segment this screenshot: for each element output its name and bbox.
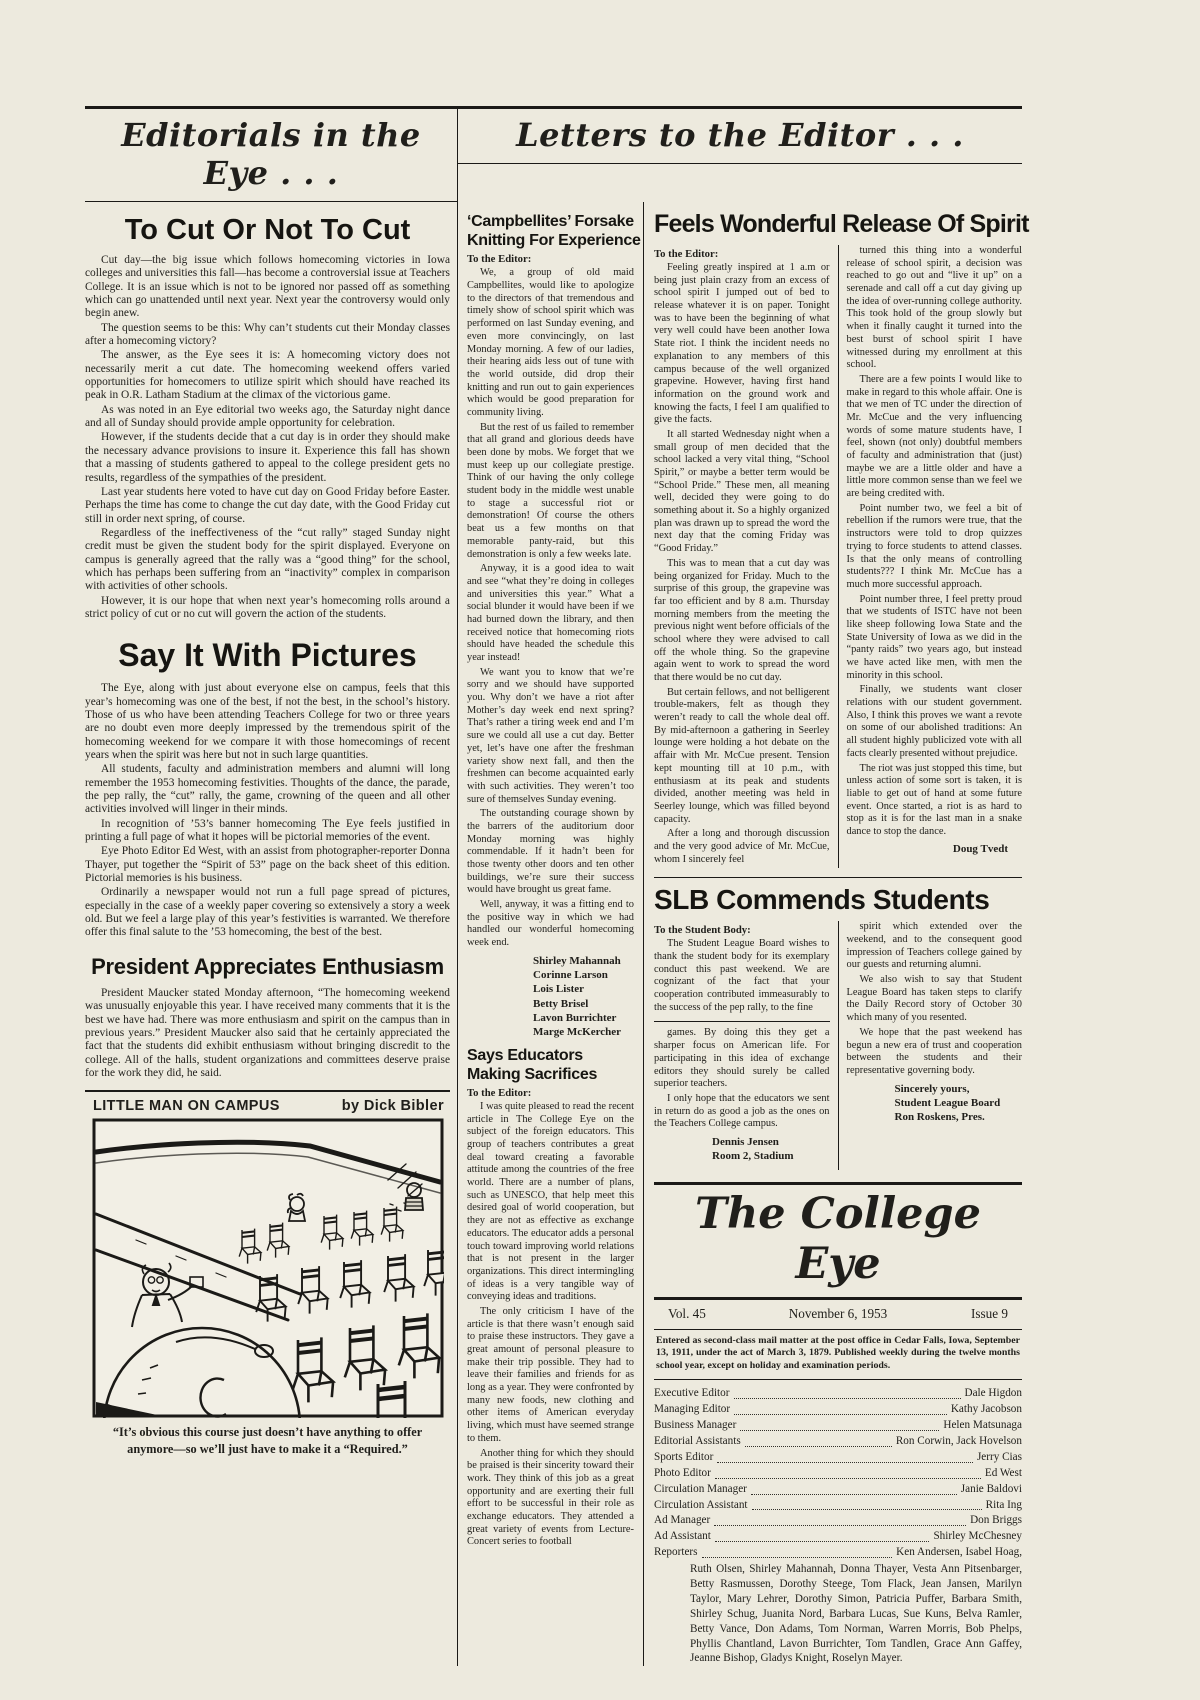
paragraph: Betty Brisel	[533, 997, 634, 1011]
paragraph: The only criticism I have of the article…	[467, 1306, 634, 1446]
cartoon-title: LITTLE MAN ON CAMPUS	[93, 1098, 280, 1114]
staff-role: Photo Editor	[654, 1466, 711, 1482]
letter-body-educators: I was quite pleased to read the recent a…	[467, 1101, 634, 1549]
staff-names: Don Briggs	[970, 1513, 1022, 1529]
paragraph: The riot was just stopped this time, but…	[847, 763, 1023, 839]
paragraph: We also wish to say that Student League …	[847, 974, 1023, 1025]
staff-row: Sports EditorJerry Cias	[654, 1450, 1022, 1466]
slb-subcol-1: To the Student Body: The Student League …	[654, 921, 838, 1169]
letter-title-campbellites: ‘Campbellites’ Forsake Knitting For Expe…	[467, 212, 634, 250]
staff-row: Editorial AssistantsRon Corwin, Jack Hov…	[654, 1434, 1022, 1450]
signature: Room 2, Stadium	[712, 1149, 830, 1163]
paragraph: I only hope that the educators we sent i…	[654, 1093, 830, 1131]
letter-closing: Sincerely yours,Student League BoardRon …	[847, 1082, 1023, 1125]
paragraph: turned this thing into a wonderful relea…	[847, 245, 1023, 372]
staff-role: Circulation Assistant	[654, 1498, 748, 1514]
staff-names: Jerry Cias	[977, 1450, 1022, 1466]
volume-label: Vol. 45	[668, 1306, 781, 1322]
letter-title-slb: SLB Commends Students	[654, 884, 1022, 916]
staff-names: Kathy Jacobson	[951, 1402, 1022, 1418]
staff-row: Ad ManagerDon Briggs	[654, 1513, 1022, 1529]
dot-leader	[734, 1398, 961, 1399]
issue-number: Issue 9	[895, 1306, 1008, 1322]
salutation: To the Student Body:	[654, 924, 830, 936]
reporters-continued: Ruth Olsen, Shirley Mahannah, Donna Thay…	[690, 1562, 1022, 1666]
article-title-president: President Appreciates Enthusiasm	[85, 954, 450, 980]
staff-names: Ron Corwin, Jack Hovelson	[896, 1434, 1022, 1450]
paragraph: However, it is our hope that when next y…	[85, 595, 450, 622]
editorials-header-band: Editorials in the Eye . . .	[85, 106, 457, 202]
editorials-header: Editorials in the Eye . . .	[85, 109, 457, 201]
letter-title-spirit: Feels Wonderful Release Of Spirit	[654, 210, 1022, 239]
paragraph: Sincerely yours,	[895, 1082, 1023, 1096]
rule	[458, 163, 1022, 164]
dot-leader	[752, 1509, 982, 1510]
cartoon-byline: by Dick Bibler	[342, 1098, 444, 1114]
spirit-subcol-1: To the Editor: Feeling greatly inspired …	[654, 245, 838, 868]
letters-header-band: Letters to the Editor . . .	[457, 106, 1022, 202]
paragraph: Cut day—the big issue which follows home…	[85, 254, 450, 321]
staff-names: Ken Andersen, Isabel Hoag,	[896, 1545, 1022, 1561]
paragraph: Another thing for which they should be p…	[467, 1448, 634, 1550]
dot-leader	[740, 1430, 939, 1431]
title-line: Says Educators	[467, 1046, 634, 1065]
paragraph: The outstanding courage shown by the bar…	[467, 808, 634, 897]
paragraph: We hope that the past weekend has begun …	[847, 1027, 1023, 1078]
paragraph: After a long and thorough discussion and…	[654, 828, 830, 866]
letters-header: Letters to the Editor . . .	[458, 109, 1022, 163]
paragraph: Eye Photo Editor Ed West, with an assist…	[85, 845, 450, 885]
dot-leader	[734, 1414, 947, 1415]
paragraph: games. By doing this they get a sharper …	[654, 1027, 830, 1090]
volume-row: Vol. 45 November 6, 1953 Issue 9	[654, 1300, 1022, 1329]
paragraph: This was to mean that a cut day was bein…	[654, 558, 830, 685]
letters-middle-column: ‘Campbellites’ Forsake Knitting For Expe…	[457, 202, 644, 1666]
paragraph: Point number three, I feel pretty proud …	[847, 594, 1023, 683]
article-title-to-cut: To Cut Or Not To Cut	[85, 214, 450, 247]
salutation: To the Editor:	[467, 253, 634, 265]
staff-list: Executive EditorDale Higdon Managing Edi…	[654, 1386, 1022, 1561]
paragraph: I was quite pleased to read the recent a…	[467, 1101, 634, 1304]
staff-names: Shirley McChesney	[933, 1529, 1022, 1545]
salutation: To the Editor:	[467, 1087, 634, 1099]
staff-row: Ad AssistantShirley McChesney	[654, 1529, 1022, 1545]
postal-notice: Entered as second-class mail matter at t…	[656, 1335, 1020, 1374]
staff-role: Circulation Manager	[654, 1482, 747, 1498]
staff-role: Sports Editor	[654, 1450, 713, 1466]
staff-row: Circulation ManagerJanie Baldovi	[654, 1482, 1022, 1498]
staff-row: Photo EditorEd West	[654, 1466, 1022, 1482]
cartoon-caption: “It’s obvious this course just doesn’t h…	[89, 1424, 446, 1457]
staff-role: Executive Editor	[654, 1386, 730, 1402]
dot-leader	[745, 1446, 892, 1447]
staff-row: ReportersKen Andersen, Isabel Hoag,	[654, 1545, 1022, 1561]
paragraph: Corinne Larson	[533, 968, 634, 982]
staff-row: Executive EditorDale Higdon	[654, 1386, 1022, 1402]
letters-right-column: Feels Wonderful Release Of Spirit To the…	[644, 202, 1022, 1666]
paragraph: Anyway, it is a good idea to wait and se…	[467, 563, 634, 665]
paragraph: There are a few points I would like to m…	[847, 374, 1023, 501]
paragraph: Student League Board	[895, 1096, 1023, 1110]
letter-signature: Doug Tvedt	[847, 843, 1009, 855]
letter-signatures: Dennis Jensen Room 2, Stadium	[654, 1135, 830, 1164]
cartoon-drawing	[92, 1118, 444, 1418]
paragraph: Feeling greatly inspired at 1 a.m or bei…	[654, 262, 830, 427]
letter-body-campbellites: We, a group of old maid Campbellites, wo…	[467, 267, 634, 949]
editorials-column: To Cut Or Not To Cut Cut day—the big iss…	[85, 202, 457, 1666]
rule	[654, 1379, 1022, 1380]
paragraph: As was noted in an Eye editorial two wee…	[85, 404, 450, 431]
paragraph: We want you to know that we’re sorry and…	[467, 667, 634, 807]
title-line: Making Sacrifices	[467, 1065, 634, 1084]
staff-names: Ed West	[985, 1466, 1022, 1482]
paragraph: Shirley Mahannah	[533, 954, 634, 968]
staff-role: Business Manager	[654, 1418, 736, 1434]
paragraph: The Eye, along with just about everyone …	[85, 682, 450, 762]
paragraph: However, if the students decide that a c…	[85, 431, 450, 484]
letter-body-spirit: To the Editor: Feeling greatly inspired …	[654, 245, 1022, 868]
staff-role: Ad Manager	[654, 1513, 710, 1529]
paragraph: President Maucker stated Monday afternoo…	[85, 987, 450, 1080]
title-line: ‘Campbellites’ Forsake	[467, 212, 634, 231]
letter-body-slb: To the Student Body: The Student League …	[654, 921, 1022, 1169]
paragraph: But certain fellows, and not belligerent…	[654, 687, 830, 827]
article-body-president: President Maucker stated Monday afternoo…	[85, 987, 450, 1080]
paragraph: The question seems to be this: Why can’t…	[85, 322, 450, 349]
masthead-name: The College Eye	[654, 1185, 1022, 1297]
article-body-to-cut: Cut day—the big issue which follows home…	[85, 254, 450, 621]
paragraph: Finally, we students want closer relatio…	[847, 684, 1023, 760]
dot-leader	[717, 1462, 973, 1463]
staff-row: Managing EditorKathy Jacobson	[654, 1402, 1022, 1418]
staff-role: Managing Editor	[654, 1402, 730, 1418]
salutation: To the Editor:	[654, 248, 830, 260]
paragraph: The answer, as the Eye sees it is: A hom…	[85, 349, 450, 402]
paragraph: Marge McKercher	[533, 1025, 634, 1039]
staff-names: Dale Higdon	[965, 1386, 1022, 1402]
paragraph: Lois Lister	[533, 982, 634, 996]
dot-leader	[714, 1525, 966, 1526]
staff-names: Janie Baldovi	[961, 1482, 1022, 1498]
paragraph: It all started Wednesday night when a sm…	[654, 429, 830, 556]
staff-row: Business ManagerHelen Matsunaga	[654, 1418, 1022, 1434]
paragraph: In recognition of ’53’s banner homecomin…	[85, 818, 450, 845]
article-title-pictures: Say It With Pictures	[85, 637, 450, 674]
staff-role: Editorial Assistants	[654, 1434, 741, 1450]
paragraph: But the rest of us failed to remember th…	[467, 422, 634, 562]
slb-subcol-2: spirit which extended over the weekend, …	[838, 921, 1023, 1169]
rule	[654, 1329, 1022, 1330]
paragraph: We, a group of old maid Campbellites, wo…	[467, 267, 634, 419]
paragraph: spirit which extended over the weekend, …	[847, 921, 1023, 972]
spirit-subcol-2: turned this thing into a wonderful relea…	[838, 245, 1023, 868]
dot-leader	[715, 1478, 981, 1479]
staff-role: Reporters	[654, 1545, 698, 1561]
newspaper-page: Editorials in the Eye . . . Letters to t…	[0, 0, 1200, 1700]
letter-signatures: Shirley MahannahCorinne LarsonLois Liste…	[467, 954, 634, 1040]
paragraph: Ron Roskens, Pres.	[895, 1110, 1023, 1124]
paragraph: All students, faculty and administration…	[85, 763, 450, 816]
signature: Dennis Jensen	[712, 1135, 830, 1149]
dot-leader	[751, 1494, 957, 1495]
staff-names: Rita Ing	[986, 1498, 1022, 1514]
paragraph: Well, anyway, it was a fitting end to th…	[467, 899, 634, 950]
issue-date: November 6, 1953	[781, 1306, 894, 1322]
paragraph: The Student League Board wishes to thank…	[654, 938, 830, 1014]
paragraph: Ordinarily a newspaper would not run a f…	[85, 886, 450, 939]
paragraph: Last year students here voted to have cu…	[85, 486, 450, 526]
masthead: The College Eye Vol. 45 November 6, 1953…	[654, 1182, 1022, 1667]
page-content: Editorials in the Eye . . . Letters to t…	[85, 106, 1022, 1666]
paragraph: Regardless of the ineffectiveness of the…	[85, 527, 450, 594]
rule	[654, 877, 1022, 878]
staff-names: Helen Matsunaga	[943, 1418, 1022, 1434]
cartoon-section: LITTLE MAN ON CAMPUS by Dick Bibler	[85, 1090, 450, 1457]
letter-title-educators: Says Educators Making Sacrifices	[467, 1046, 634, 1084]
rule	[654, 1021, 830, 1022]
staff-row: Circulation AssistantRita Ing	[654, 1498, 1022, 1514]
title-line: Knitting For Experience	[467, 231, 634, 250]
dot-leader	[715, 1541, 930, 1542]
dot-leader	[702, 1557, 893, 1558]
paragraph: Point number two, we feel a bit of rebel…	[847, 503, 1023, 592]
article-body-pictures: The Eye, along with just about everyone …	[85, 682, 450, 940]
paragraph: Lavon Burrichter	[533, 1011, 634, 1025]
staff-role: Ad Assistant	[654, 1529, 711, 1545]
